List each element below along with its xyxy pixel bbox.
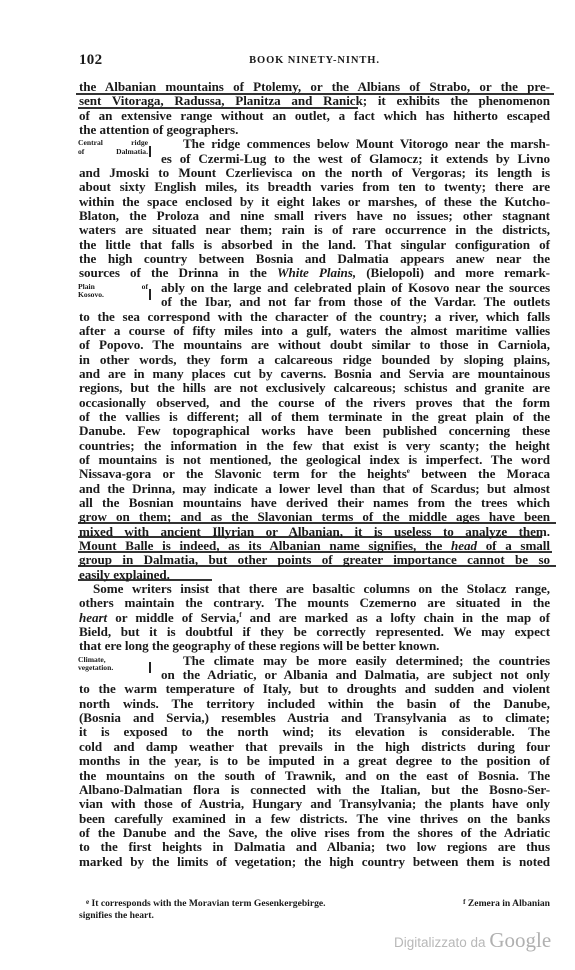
text-line: waters are situated near them; rain is o… <box>79 223 550 237</box>
text-line: easily explained. <box>79 568 550 582</box>
running-head: BOOK NINETY-NINTH. <box>79 55 550 66</box>
text-line: of the Ibar, and not far from those of t… <box>79 295 550 309</box>
book-page: 102 BOOK NINETY-NINTH. the Albanian moun… <box>0 0 575 970</box>
digitization-watermark: Digitalizzato da Google <box>394 928 551 953</box>
text-line: group in Dalmatia, but other points of g… <box>79 553 550 567</box>
text-line: of mountains is not mentioned, the geolo… <box>79 453 550 467</box>
text-line: Blaton, the Proloza and nine small river… <box>79 209 550 223</box>
text-line: about sixty English miles, its breadth v… <box>79 180 550 194</box>
watermark-prefix: Digitalizzato da <box>394 935 486 950</box>
text-line: to the sea correspond with the character… <box>79 310 550 324</box>
text-line: marked by the limits of vegetation; the … <box>79 855 550 869</box>
text-line: Mount Balle is indeed, as its Albanian n… <box>79 539 550 553</box>
text-line: after a course of fifty miles into a gul… <box>79 324 550 338</box>
text-line: of the vallies is different; all of them… <box>79 410 550 424</box>
text-line: the mountains on the south of Trawnik, a… <box>79 769 550 783</box>
text-line: Danube. Few topographical works have bee… <box>79 424 550 438</box>
margin-bar <box>149 662 151 673</box>
text-line: cold and damp weather that prevails in t… <box>79 740 550 754</box>
text-line: been carefully examined in a few distric… <box>79 812 550 826</box>
footnote-f-continued: signifies the heart. <box>79 910 550 922</box>
text-line: all the Bosnian mountains have derived t… <box>79 496 550 510</box>
text-line: mixed with ancient Illyrian or Albanian,… <box>79 525 550 539</box>
text-line: the Albanian mountains of Ptolemy, or th… <box>79 80 550 94</box>
text-line: sources of the Drinna in the White Plain… <box>79 266 550 280</box>
text-line: to the warm temperature of Italy, but to… <box>79 682 550 696</box>
text-line: grow on them; and as the Slavonian terms… <box>79 510 550 524</box>
text-line: in other words, they form a calcareous r… <box>79 353 550 367</box>
text-line: and Jmoski to Mount Czerlievisca on the … <box>79 166 550 180</box>
text-line: and the Drinna, may indicate a lower lev… <box>79 482 550 496</box>
margin-bar <box>149 146 151 157</box>
text-line: the attention of geographers. <box>79 123 550 137</box>
text-line: Plain ofKosovo. ably on the large and ce… <box>79 281 550 295</box>
text-line: Some writers insist that there are basal… <box>79 582 550 596</box>
footnote-e: e It corresponds with the Moravian term … <box>79 898 326 910</box>
text-line: countries; the information in the few th… <box>79 439 550 453</box>
text-line: the little that falls is absorbed in the… <box>79 238 550 252</box>
text-line: of an extensive range without an outlet,… <box>79 109 550 123</box>
text-line: to the first heights in Dalmatia and Alb… <box>79 840 550 854</box>
text-line: north winds. The territory included with… <box>79 697 550 711</box>
footnotes: e It corresponds with the Moravian term … <box>79 898 550 922</box>
text-line: the high country between Bosnia and Dalm… <box>79 252 550 266</box>
text-line: others maintain the contrary. The mounts… <box>79 596 550 610</box>
text-line: and are in many places cut by caverns. B… <box>79 367 550 381</box>
text-line: vian with those of Austria, Hungary and … <box>79 797 550 811</box>
text-line: Nissava-gora or the Slavonic term for th… <box>79 467 550 481</box>
google-logo-text: Google <box>489 928 551 952</box>
footnote-f: f Zemera in Albanian <box>463 898 550 910</box>
text-line: on the Adriatic, or Albania and Dalmatia… <box>79 668 550 682</box>
text-line: that ere long the geography of these reg… <box>79 639 550 653</box>
text-line: Albano-Dalmatian flora is connected with… <box>79 783 550 797</box>
text-line: es of Czermi-Lug to the west of Glamocz;… <box>79 152 550 166</box>
text-line: of the Danube and the Save, the olive ri… <box>79 826 550 840</box>
text-line: months in the year, is to be imputed in … <box>79 754 550 768</box>
page-header: 102 BOOK NINETY-NINTH. <box>79 52 550 68</box>
text-line: sent Vitoraga, Radussa, Planitza and Ran… <box>79 94 550 108</box>
text-line: occasionally observed, and the course of… <box>79 396 550 410</box>
text-line: of Popovo. The mountains are without dou… <box>79 338 550 352</box>
text-line: (Bosnia and Servia,) resembles Austria a… <box>79 711 550 725</box>
text-line: it is exposed to the north wind; its ele… <box>79 725 550 739</box>
text-line: within the space enclosed by it eight la… <box>79 195 550 209</box>
footnote-row: e It corresponds with the Moravian term … <box>79 898 550 910</box>
body-text: the Albanian mountains of Ptolemy, or th… <box>79 80 550 869</box>
text-line: regions, but the hills are not exclusive… <box>79 381 550 395</box>
text-line: heart or middle of Servia,f and are mark… <box>79 611 550 625</box>
text-line: Bield, but it is doubtful if they be cor… <box>79 625 550 639</box>
